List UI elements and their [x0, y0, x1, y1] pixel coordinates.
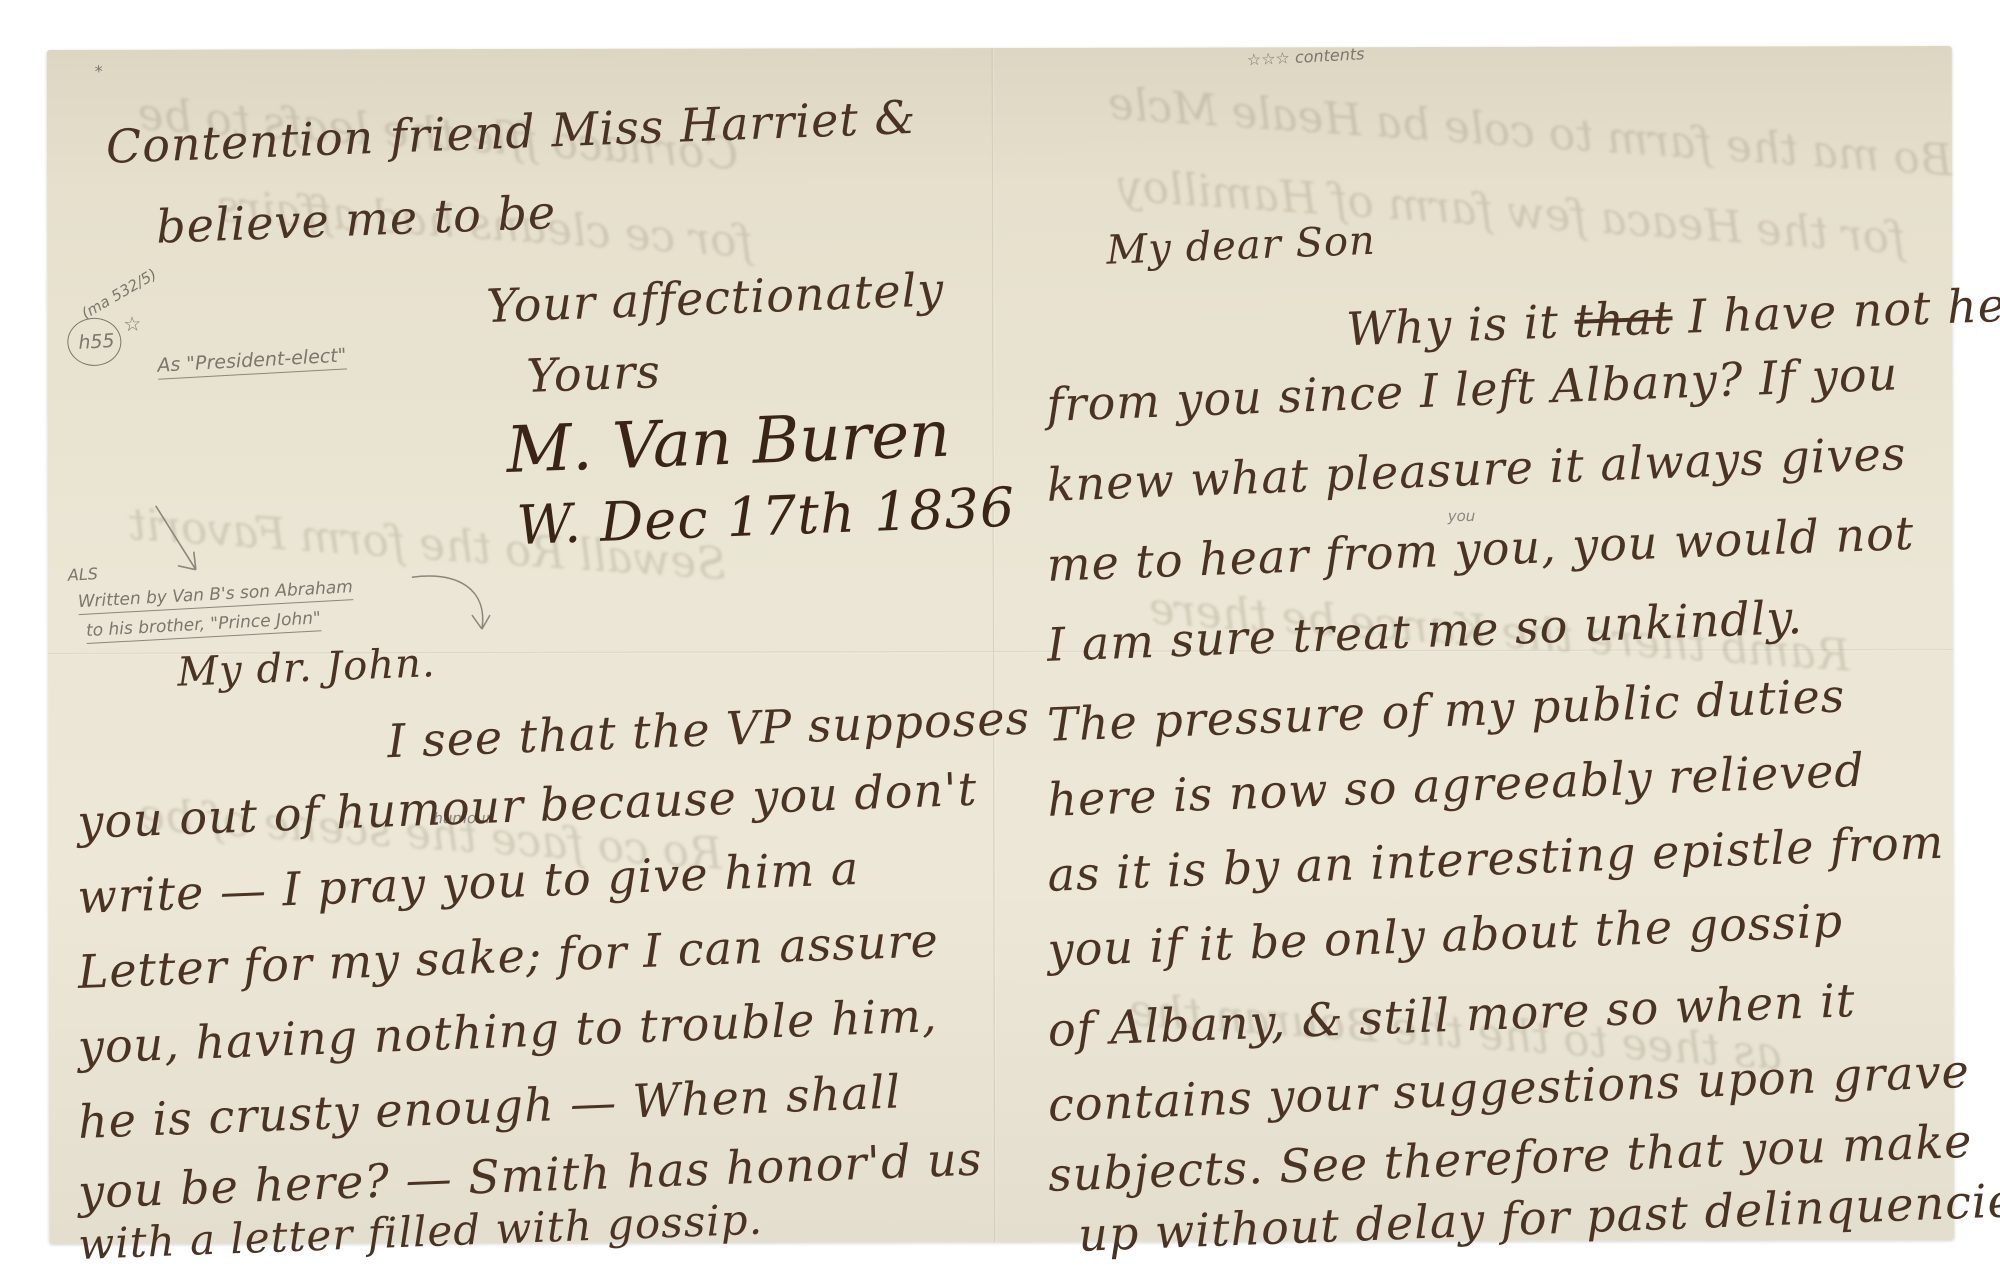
date-line: W. Dec 17th 1836: [515, 476, 1016, 557]
struck-word: that: [1574, 290, 1674, 348]
letter-sheet: Cornaco ffle the leafs to be for ce clea…: [47, 46, 1954, 1244]
letter-line: The pressure of my public duties: [1046, 668, 1846, 752]
postscript-line: Letter for my sake; for I can assure: [77, 913, 940, 999]
closing-line: Your affectionately: [485, 262, 945, 333]
line-text: Why is it: [1345, 294, 1575, 356]
president-elect-note: As "President-elect": [157, 344, 347, 379]
closing-line: Yours: [525, 344, 661, 403]
letter-line: here is now so agreeably relieved: [1046, 743, 1865, 827]
catalog-reference: (ma 532/5): [78, 265, 159, 322]
line-text: I have not heard: [1671, 275, 2000, 344]
contents-annotation: ☆☆☆ contents: [1246, 44, 1365, 69]
als-note: ALS: [67, 564, 98, 585]
postscript-line: you, having nothing to trouble him,: [77, 988, 938, 1074]
circled-number: h55: [78, 330, 115, 354]
signature: M. Van Buren: [505, 398, 952, 488]
letter-line: you if it be only about the gossip: [1047, 893, 1844, 976]
arrow-icon: [148, 500, 208, 580]
corner-mark: *: [94, 62, 103, 81]
curved-arrow-icon: [408, 569, 498, 639]
letter-line: as it is by an interesting epistle from: [1047, 815, 1946, 902]
letter-line: me to hear from you, you would not: [1046, 506, 1915, 592]
vertical-fold-line: [992, 48, 997, 1242]
star-mark: ☆: [123, 311, 142, 336]
postscript-line: I see that the VP supposes: [386, 691, 1031, 769]
postscript-salutation: My dr. John.: [176, 640, 436, 696]
provenance-note-line2: to his brother, "Prince John": [86, 608, 322, 644]
letter-line: knew what pleasure it always gives: [1046, 426, 1907, 512]
postscript-line: he is crusty enough — When shall: [77, 1065, 902, 1149]
salutation: My dear Son: [1106, 218, 1377, 274]
letter-line: Why is it that I have not heard: [1345, 275, 2000, 356]
letter-line: from you since I left Albany? If you: [1046, 346, 1900, 431]
